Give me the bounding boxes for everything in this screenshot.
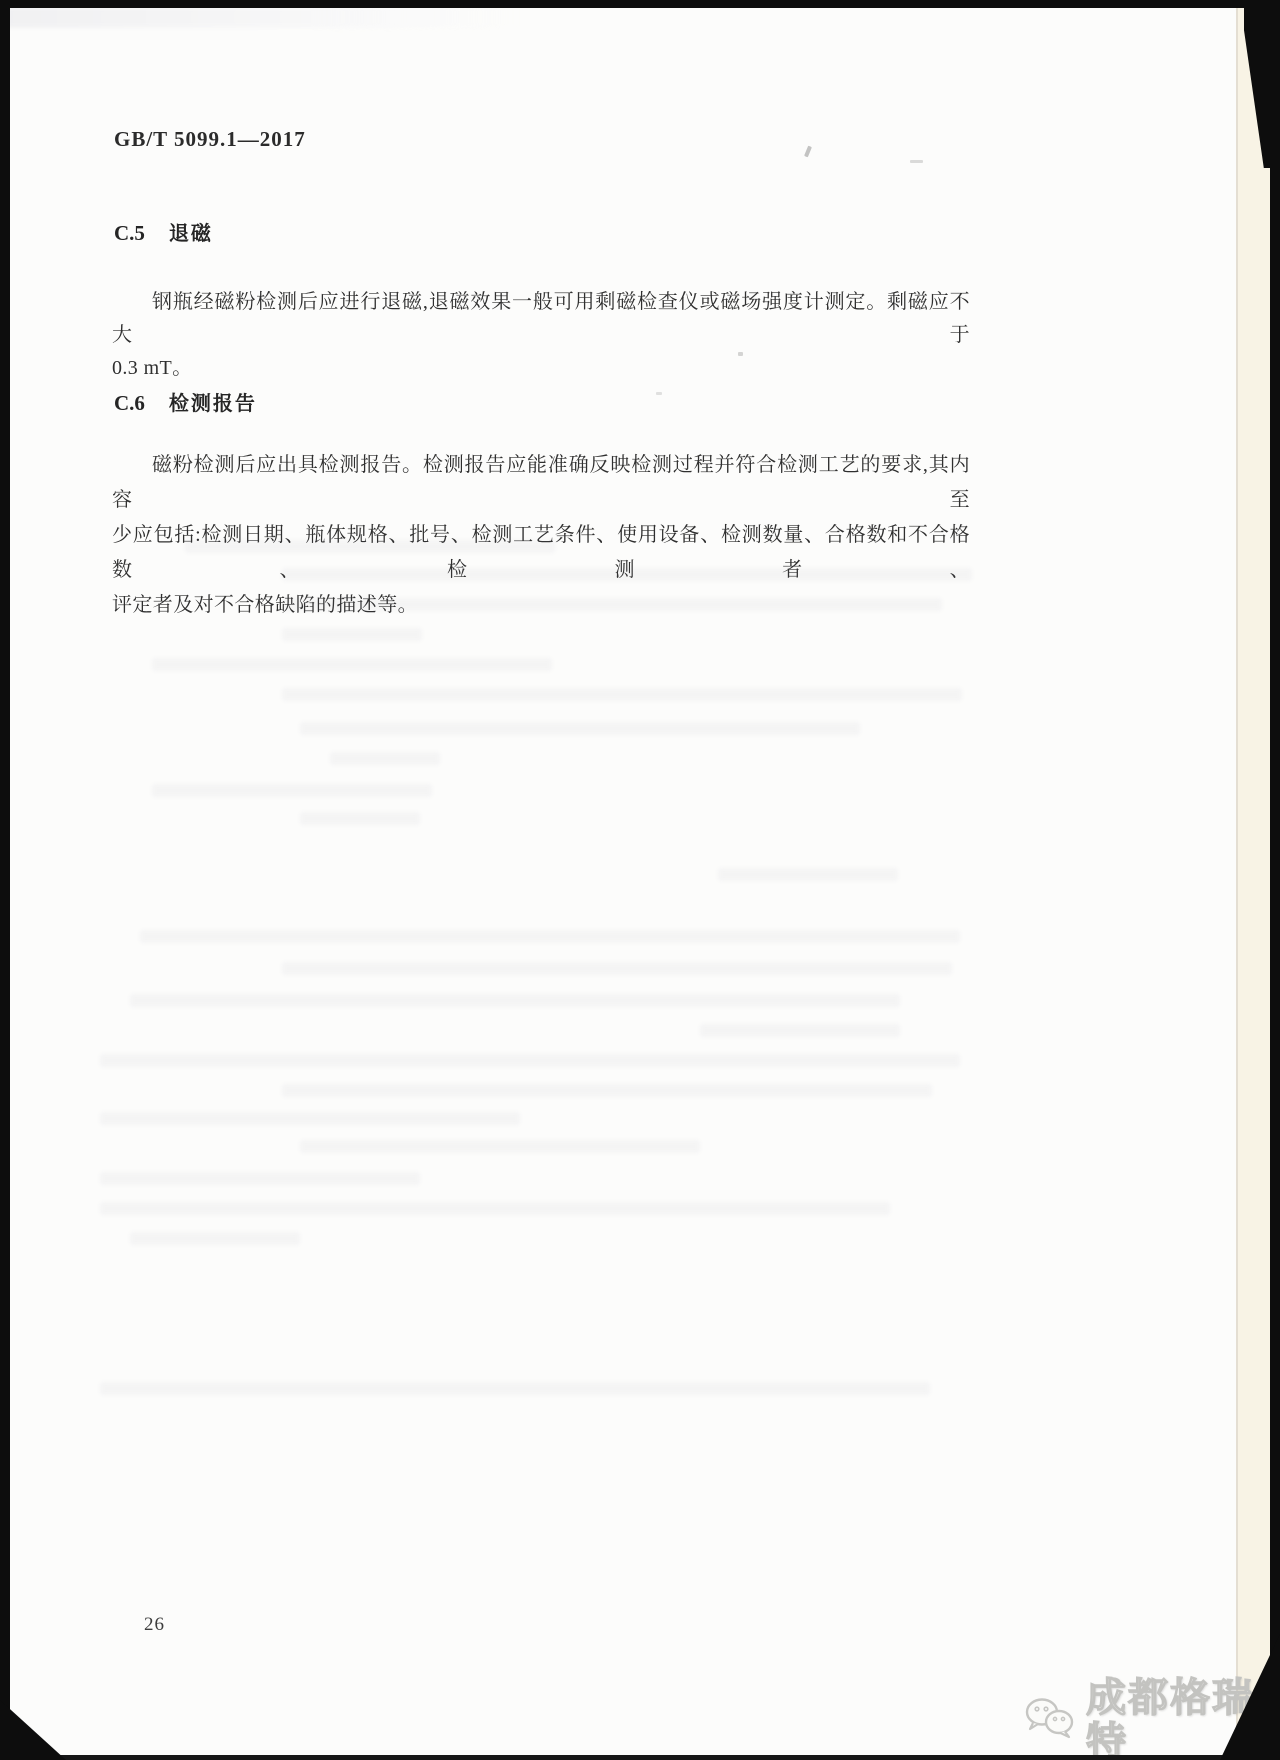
ghost-text-smudge	[282, 568, 972, 581]
page-number: 26	[144, 1613, 165, 1637]
ghost-text-smudge	[152, 784, 432, 797]
ghost-text-smudge	[282, 598, 942, 611]
scanned-document-page: GB/T 5099.1—2017 C.5退磁 钢瓶经磁粉检测后应进行退磁,退磁效…	[0, 0, 1280, 1760]
ghost-text-smudge	[130, 1232, 300, 1245]
scan-speck	[656, 392, 662, 395]
ghost-text-smudge	[185, 540, 555, 553]
ghost-text-smudge	[282, 1084, 932, 1097]
scan-streak	[0, 6, 520, 28]
paragraph-line: 0.3 mT。	[112, 352, 970, 385]
ghost-text-smudge	[100, 1054, 960, 1067]
ghost-text-smudge	[140, 930, 960, 943]
paragraph-line: 磁粉检测后应出具检测报告。检测报告应能准确反映检测过程并符合检测工艺的要求,其内…	[112, 448, 970, 518]
ghost-text-smudge	[300, 812, 420, 825]
ghost-text-smudge	[282, 962, 952, 975]
ghost-text-smudge	[718, 868, 898, 881]
paper-fold-shadow	[1238, 0, 1270, 1760]
paper-crease-line	[1236, 0, 1238, 1760]
wechat-icon	[1022, 1694, 1078, 1747]
ghost-text-smudge	[100, 1172, 420, 1185]
ghost-text-smudge	[300, 722, 860, 735]
scan-edge-left	[0, 0, 10, 1760]
section-c5-paragraph: 钢瓶经磁粉检测后应进行退磁,退磁效果一般可用剩磁检查仪或磁场强度计测定。剩磁应不…	[112, 286, 970, 385]
scan-edge-right	[1270, 0, 1280, 1760]
ghost-text-smudge	[100, 1382, 930, 1395]
ghost-text-smudge	[330, 752, 440, 765]
scan-speck	[804, 146, 812, 158]
ghost-text-smudge	[700, 1024, 900, 1037]
ghost-text-smudge	[100, 1202, 890, 1215]
scan-speck	[910, 160, 923, 163]
ghost-text-smudge	[152, 658, 552, 671]
paragraph-line: 钢瓶经磁粉检测后应进行退磁,退磁效果一般可用剩磁检查仪或磁场强度计测定。剩磁应不…	[112, 286, 970, 352]
scan-edge-top	[0, 0, 1280, 8]
section-title: 退磁	[169, 223, 213, 245]
section-number: C.5	[114, 221, 145, 245]
scan-edge-bottom-left	[0, 1700, 66, 1760]
section-heading-c6: C.6检测报告	[114, 390, 257, 417]
scan-speck	[738, 352, 743, 356]
section-c6-paragraph: 磁粉检测后应出具检测报告。检测报告应能准确反映检测过程并符合检测工艺的要求,其内…	[112, 448, 970, 623]
standard-number: GB/T 5099.1—2017	[114, 126, 306, 152]
ghost-text-smudge	[300, 1140, 700, 1153]
section-title: 检测报告	[169, 393, 257, 415]
ghost-text-smudge	[282, 688, 962, 701]
section-heading-c5: C.5退磁	[114, 220, 213, 247]
section-number: C.6	[114, 391, 145, 415]
ghost-text-smudge	[100, 1112, 520, 1125]
ghost-text-smudge	[282, 628, 422, 641]
ghost-text-smudge	[130, 994, 900, 1007]
scan-edge-bottom	[0, 1755, 1280, 1760]
